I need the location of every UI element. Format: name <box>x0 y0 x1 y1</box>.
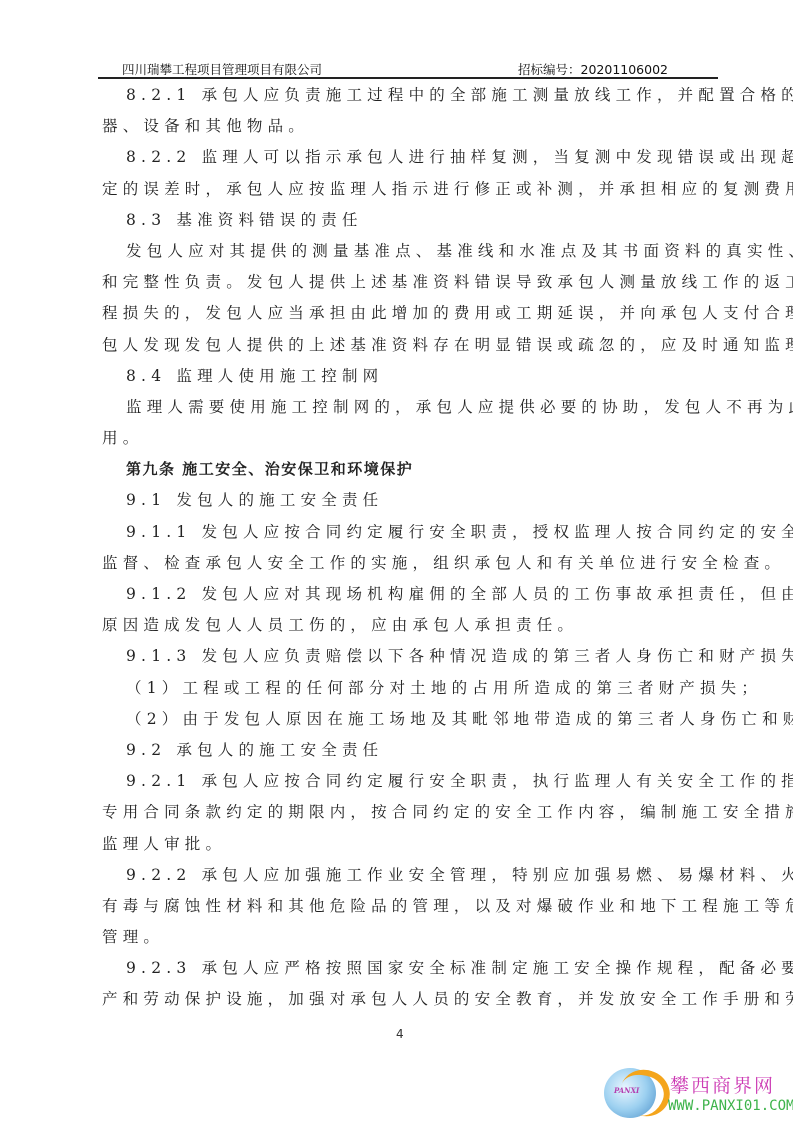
text-line: 8.2.2 监理人可以指示承包人进行抽样复测，当复测中发现错误或出现超过合同约 <box>102 142 700 173</box>
text-line: 9.2.1 承包人应按合同约定履行安全职责，执行监理人有关安全工作的指示，并在 <box>102 766 700 797</box>
text-line: （1）工程或工程的任何部分对土地的占用所造成的第三者财产损失； <box>102 673 700 704</box>
text-line: 8.2.1 承包人应负责施工过程中的全部施工测量放线工作，并配置合格的人员、仪 <box>102 80 700 111</box>
text-line: 器、设备和其他物品。 <box>102 111 700 142</box>
text-line: 9.2.3 承包人应严格按照国家安全标准制定施工安全操作规程，配备必要的安全生 <box>102 953 700 984</box>
page-header: 四川瑞攀工程项目管理项目有限公司 招标编号：20201106002 <box>98 58 718 76</box>
page-number: 4 <box>396 1027 404 1041</box>
header-company: 四川瑞攀工程项目管理项目有限公司 <box>122 60 322 78</box>
header-divider <box>98 77 718 79</box>
header-bid-number: 招标编号：20201106002 <box>518 60 668 78</box>
text-line: 管理。 <box>102 922 700 953</box>
text-line: 9.1.1 发包人应按合同约定履行安全职责，授权监理人按合同约定的安全工作内容 <box>102 517 700 548</box>
text-line: 原因造成发包人人员工伤的，应由承包人承担责任。 <box>102 610 700 641</box>
watermark-globe-label: PANXI <box>614 1086 639 1095</box>
watermark-logo: PANXI 攀西商界网 WWW.PANXI01.COM <box>600 1060 793 1122</box>
text-line: 监理人需要使用施工控制网的，承包人应提供必要的协助，发包人不再为此支付费 <box>102 392 700 423</box>
text-line: 程损失的，发包人应当承担由此增加的费用或工期延误，并向承包人支付合理利润。承 <box>102 298 700 329</box>
document-body: 8.2.1 承包人应负责施工过程中的全部施工测量放线工作，并配置合格的人员、仪器… <box>102 80 700 1016</box>
text-line: 8.4 监理人使用施工控制网 <box>102 361 700 392</box>
text-line: 9.1.3 发包人应负责赔偿以下各种情况造成的第三者人身伤亡和财产损失： <box>102 641 700 672</box>
text-line: 用。 <box>102 423 700 454</box>
text-line: 9.2 承包人的施工安全责任 <box>102 735 700 766</box>
text-line: 9.1.2 发包人应对其现场机构雇佣的全部人员的工伤事故承担责任，但由于承包人 <box>102 579 700 610</box>
text-line: 和完整性负责。发包人提供上述基准资料错误导致承包人测量放线工作的返工或造成工 <box>102 267 700 298</box>
watermark-site-name: 攀西商界网 <box>670 1071 775 1098</box>
text-line: 9.2.2 承包人应加强施工作业安全管理，特别应加强易燃、易爆材料、火工器材、 <box>102 860 700 891</box>
text-line: 9.1 发包人的施工安全责任 <box>102 485 700 516</box>
text-line: 包人发现发包人提供的上述基准资料存在明显错误或疏忽的，应及时通知监理人。 <box>102 330 700 361</box>
text-line: 监理人审批。 <box>102 829 700 860</box>
section-heading: 第九条 施工安全、治安保卫和环境保护 <box>102 454 700 485</box>
text-line: 8.3 基准资料错误的责任 <box>102 205 700 236</box>
text-line: 产和劳动保护设施，加强对承包人人员的安全教育，并发放安全工作手册和劳动保护用 <box>102 984 700 1015</box>
text-line: （2）由于发包人原因在施工场地及其毗邻地带造成的第三者人身伤亡和财产损失。 <box>102 704 700 735</box>
text-line: 定的误差时，承包人应按监理人指示进行修正或补测，并承担相应的复测费用。 <box>102 174 700 205</box>
text-line: 有毒与腐蚀性材料和其他危险品的管理，以及对爆破作业和地下工程施工等危险作业的 <box>102 891 700 922</box>
text-line: 专用合同条款约定的期限内，按合同约定的安全工作内容，编制施工安全措施计划报送 <box>102 797 700 828</box>
text-line: 发包人应对其提供的测量基准点、基准线和水准点及其书面资料的真实性、准确性 <box>102 236 700 267</box>
text-line: 监督、检查承包人安全工作的实施，组织承包人和有关单位进行安全检查。 <box>102 548 700 579</box>
watermark-url: WWW.PANXI01.COM <box>668 1098 793 1114</box>
